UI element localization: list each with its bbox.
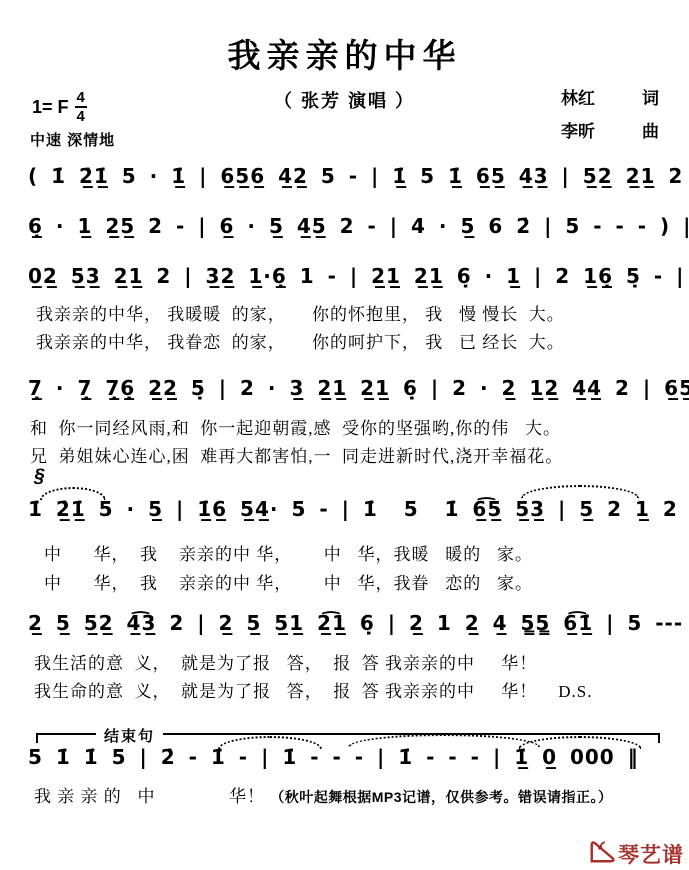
sheet-music-page: 我亲亲的中华 （ 张芳 演唱 ） 林红 词 李昕 曲 1= F 4 4 中速 深… xyxy=(0,0,689,870)
notation-line-4: 7̲̣ · 7̲̣ 7̲̣6̲̣ 2̲2̲ 5̣ | 2 · 3̲ 2̲1̲ 2… xyxy=(28,375,689,401)
ending-lyric: 我 亲 亲 的 中 xyxy=(34,782,229,807)
composer-role: 曲 xyxy=(642,117,659,142)
credits-block: 林红 词 李昕 曲 xyxy=(561,84,659,150)
transcriber-note: （秋叶起舞根据MP3记谱，仅供参考。错误请指正。） xyxy=(270,787,612,807)
key-signature: 1= F 4 4 xyxy=(32,90,87,124)
ending-lyric-row: 我 亲 亲 的 中 华！ （秋叶起舞根据MP3记谱，仅供参考。错误请指正。） xyxy=(34,782,613,807)
segno-icon: § xyxy=(34,466,45,488)
lyricist-name: 林红 xyxy=(561,84,595,109)
ending-label: 结束句 xyxy=(96,725,163,746)
lyricist-role: 词 xyxy=(642,84,659,109)
tempo-marking: 中速 深情地 xyxy=(30,129,115,150)
lyric-line-5b: 中 华， 我 亲亲的中 华， 中 华，我眷 恋的 家。 xyxy=(44,569,533,594)
lyric-line-3b: 我亲亲的中华， 我眷恋 的家， 你的呵护下， 我 已 经长 大。 xyxy=(36,328,565,353)
key-label: 1= F xyxy=(32,97,69,118)
lyric-line-6a: 我生活的意 义， 就是为了报 答， 报 答 我亲亲的中 华！ xyxy=(34,649,537,674)
notation-line-6: 2̲ 5̲ 5̲2̲ 4̲͡3̲ 2 | 2̲ 5̲ 5̲1̲ 2̲͡1̲ 6̣… xyxy=(28,610,689,636)
time-denominator: 4 xyxy=(77,108,85,124)
lyric-line-4a: 和 你一同经风雨,和 你一起迎朝霞,感 受你的坚强哟,你的伟 大。 xyxy=(30,414,561,439)
composer-row: 李昕 曲 xyxy=(561,117,659,142)
notation-line-1: ( 1̇ 2̲̇1̲̇ 5 · 1̲̇ | 6̲5̲6̲ 4̲2̲ 5 - | … xyxy=(28,163,689,189)
ending-lyric-end: 华！ xyxy=(229,782,270,807)
notation-line-2: 6̲̣ · 1̲ 2̲5̲ 2 - | 6̲ · 5̲ 4̲5̲ 2 - | 4… xyxy=(28,213,689,239)
notation-line-3: 0̲2̲ 5̲3̲ 2̲1̲ 2 | 3̲2̲ 1̲·6̲̣ 1 - | 2̲1… xyxy=(28,263,684,289)
qinyipu-logo-icon xyxy=(588,838,616,869)
lyric-line-3a: 我亲亲的中华， 我暖暖 的家， 你的怀抱里， 我 慢 慢长 大。 xyxy=(36,300,565,325)
lyricist-row: 林红 词 xyxy=(561,84,659,109)
song-title: 我亲亲的中华 xyxy=(0,30,689,77)
lyric-line-4b: 兄 弟姐妹心连心,困 难再大都害怕,一 同走进新时代,浇开幸福花。 xyxy=(30,442,563,467)
notation-line-7: 5 1̇ 1̇ 5 | 2̇ - 1̇ - | 1̇ - - - | 1̇ - … xyxy=(28,744,639,770)
composer-name: 李昕 xyxy=(561,117,595,142)
lyric-line-6b: 我生命的意 义， 就是为了报 答， 报 答 我亲亲的中 华！ D.S. xyxy=(34,677,592,702)
lyric-line-5a: 中 华， 我 亲亲的中 华， 中 华，我暖 暖的 家。 xyxy=(44,540,533,565)
time-numerator: 4 xyxy=(75,90,87,108)
watermark-text: 琴艺谱 xyxy=(618,839,684,869)
watermark: 琴艺谱 xyxy=(588,838,684,869)
time-signature: 4 4 xyxy=(75,90,87,124)
notation-line-5: 1̇ 2̲̇1̲̇ 5 · 5̲ | 1̲̇6̲ 5̲4̲· 5 - | 1̇ … xyxy=(28,496,689,522)
